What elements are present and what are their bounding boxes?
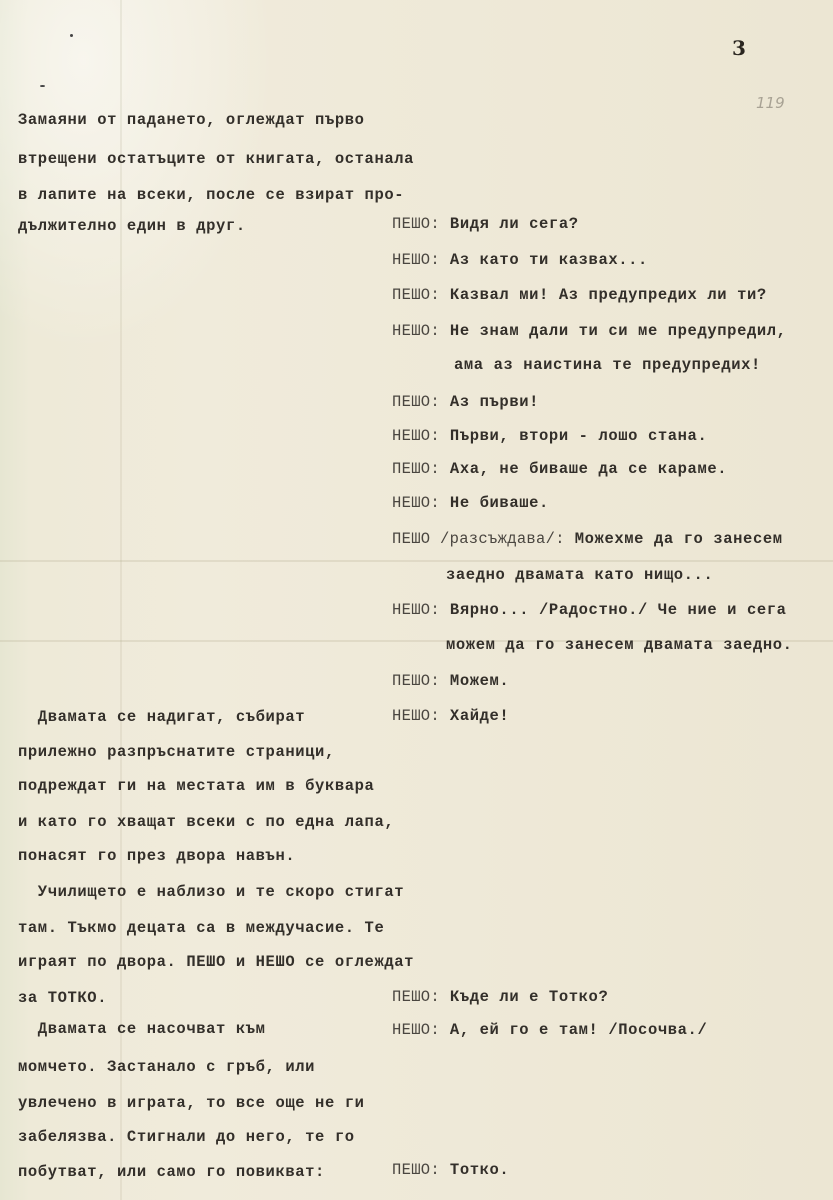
dialogue-text: Видя ли сега? <box>450 215 579 233</box>
dialogue-text: Можем. <box>450 672 509 690</box>
archive-number: 119 <box>756 94 785 112</box>
stage-direction-line: Двамата се насочват към <box>18 1019 266 1039</box>
paper-fold <box>0 560 833 562</box>
stage-direction-line: забелязва. Стигнали до него, те го <box>18 1127 355 1147</box>
dialogue-text: Къде ли е Тотко? <box>450 988 608 1006</box>
speaker-name: НЕШО: <box>392 1021 440 1039</box>
stage-direction-line: прилежно разпръснатите страници, <box>18 742 335 762</box>
dialogue-line: НЕШО: Хайде! <box>392 706 509 726</box>
stage-direction-line: за ТОТКО. <box>18 988 107 1008</box>
stage-direction-line: момчето. Застанало с гръб, или <box>18 1057 315 1077</box>
dialogue-line: НЕШО: Аз като ти казвах... <box>392 250 648 270</box>
dialogue-line: НЕШО: А, ей го е там! /Посочва./ <box>392 1020 707 1040</box>
stage-direction-line: подреждат ги на местата им в буквара <box>18 776 374 796</box>
stage-direction-line: понасят го през двора навън. <box>18 846 295 866</box>
speaker-name: ПЕШО: <box>392 460 440 478</box>
speaker-name: ПЕШО: <box>392 988 440 1006</box>
dialogue-text: Хайде! <box>450 707 509 725</box>
dialogue-text: Вярно... /Радостно./ Че ние и сега <box>450 601 787 619</box>
stage-direction-line: играят по двора. ПЕШО и НЕШО се оглеждат <box>18 952 414 972</box>
dialogue-line: ПЕШО: Казвал ми! Аз предупредих ли ти? <box>392 285 767 305</box>
dialogue-text: Казвал ми! Аз предупредих ли ти? <box>450 286 767 304</box>
dialogue-continuation: заедно двамата като нищо... <box>446 565 713 585</box>
dialogue-text: Аз първи! <box>450 393 539 411</box>
dialogue-text: Аха, не биваше да се караме. <box>450 460 727 478</box>
dialogue-text: А, ей го е там! /Посочва./ <box>450 1021 707 1039</box>
ink-mark <box>40 85 45 87</box>
dialogue-text: Първи, втори - лошо стана. <box>450 427 707 445</box>
dialogue-line: ПЕШО: Можем. <box>392 671 509 691</box>
dialogue-continuation: ама аз наистина те предупредих! <box>454 355 761 375</box>
stage-direction-line: Училището е наблизо и те скоро стигат <box>18 882 404 902</box>
dialogue-line: ПЕШО: Аз първи! <box>392 392 539 412</box>
ink-mark <box>70 34 73 37</box>
stage-direction-line: Двамата се надигат, събират <box>18 707 305 727</box>
dialogue-text: Не биваше. <box>450 494 549 512</box>
speaker-name: ПЕШО: <box>392 393 440 411</box>
dialogue-line: НЕШО: Първи, втори - лошо стана. <box>392 426 707 446</box>
stage-direction-line: в лапите на всеки, после се взират про- <box>18 185 404 205</box>
speaker-name: НЕШО: <box>392 601 440 619</box>
dialogue-line: ПЕШО: Тотко. <box>392 1160 509 1180</box>
speaker-name: ПЕШО: <box>392 286 440 304</box>
stage-direction-line: увлечено в играта, то все още не ги <box>18 1093 365 1113</box>
stage-direction-line: дължително един в друг. <box>18 216 246 236</box>
speaker-name: ПЕШО: <box>392 215 440 233</box>
speaker-name: НЕШО: <box>392 322 440 340</box>
dialogue-continuation: можем да го занесем двамата заедно. <box>446 635 793 655</box>
stage-direction-line: побутват, или само го повикват: <box>18 1162 325 1182</box>
dialogue-line: ПЕШО: Къде ли е Тотко? <box>392 987 608 1007</box>
dialogue-text: Тотко. <box>450 1161 509 1179</box>
dialogue-text: Не знам дали ти си ме предупредил, <box>450 322 787 340</box>
speaker-name: НЕШО: <box>392 427 440 445</box>
dialogue-line: НЕШО: Не биваше. <box>392 493 549 513</box>
dialogue-line: ПЕШО: Аха, не биваше да се караме. <box>392 459 727 479</box>
speaker-name: НЕШО: <box>392 494 440 512</box>
dialogue-text: Аз като ти казвах... <box>450 251 648 269</box>
stage-direction-line: и като го хващат всеки с по една лапа, <box>18 812 394 832</box>
page-number: 3 <box>732 36 746 60</box>
dialogue-text: Можехме да го занесем <box>575 530 783 548</box>
stage-direction-line: втрещени остатъците от книгата, останала <box>18 149 414 169</box>
dialogue-line: НЕШО: Не знам дали ти си ме предупредил, <box>392 321 787 341</box>
speaker-name: ПЕШО: <box>392 1161 440 1179</box>
stage-direction-line: там. Тъкмо децата са в междучасие. Те <box>18 918 384 938</box>
speaker-name: НЕШО: <box>392 707 440 725</box>
dialogue-line: ПЕШО /разсъждава/: Можехме да го занесем <box>392 529 783 549</box>
dialogue-line: НЕШО: Вярно... /Радостно./ Че ние и сега <box>392 600 787 620</box>
speaker-name: НЕШО: <box>392 251 440 269</box>
speaker-name: ПЕШО: <box>392 672 440 690</box>
stage-direction-line: Замаяни от падането, оглеждат първо <box>18 110 365 130</box>
typescript-page: 3 119 Замаяни от падането, оглеждат първ… <box>0 0 833 1200</box>
dialogue-line: ПЕШО: Видя ли сега? <box>392 214 579 234</box>
speaker-name: ПЕШО /разсъждава/: <box>392 530 565 548</box>
